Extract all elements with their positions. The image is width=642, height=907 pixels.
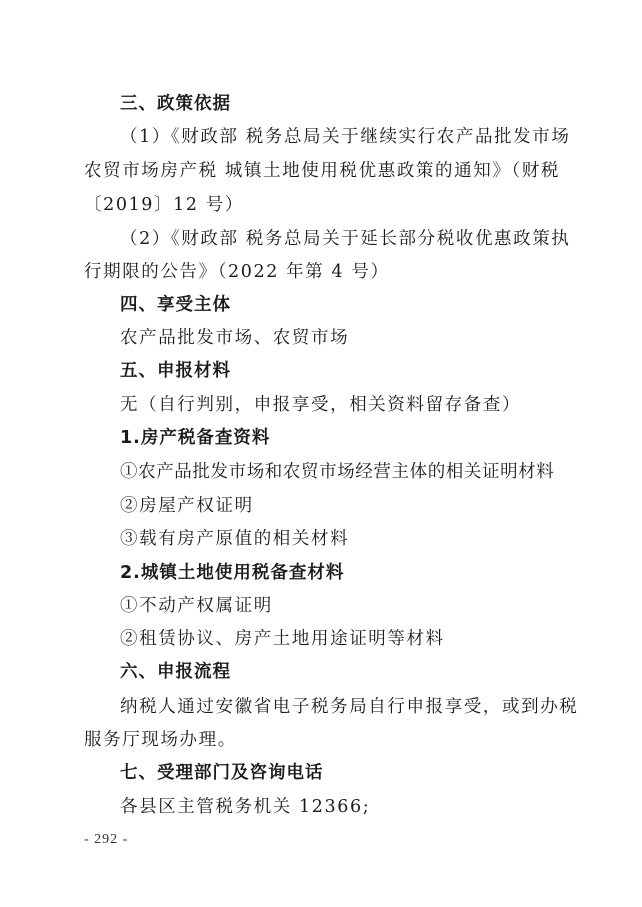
subheading-property-tax-materials: 1.房产税备查资料 — [120, 426, 560, 450]
section-heading-materials: 五、申报材料 — [120, 359, 560, 383]
land-tax-material-2: ②租赁协议、房产土地用途证明等材料 — [120, 627, 560, 651]
policy-item-1-line-3: 〔2019〕12 号） — [84, 193, 560, 217]
section-heading-process: 六、申报流程 — [120, 660, 560, 684]
process-line-1: 纳税人通过安徽省电子税务局自行申报享受，或到办税 — [120, 695, 558, 719]
subheading-land-tax-materials: 2.城镇土地使用税备查材料 — [120, 561, 560, 585]
policy-item-2-line-1: （2）《财政部 税务总局关于延长部分税收优惠政策执 — [120, 227, 558, 251]
section-heading-beneficiary: 四、享受主体 — [120, 293, 560, 317]
policy-item-1-line-1: （1）《财政部 税务总局关于继续实行农产品批发市场 — [120, 125, 558, 149]
process-line-2: 服务厅现场办理。 — [84, 728, 560, 752]
policy-item-2-line-2: 行期限的公告》（2022 年第 4 号） — [84, 260, 560, 284]
property-tax-material-1: ①农产品批发市场和农贸市场经营主体的相关证明材料 — [120, 460, 560, 484]
section-heading-policy-basis: 三、政策依据 — [120, 92, 560, 116]
section-heading-contact: 七、受理部门及咨询电话 — [120, 761, 560, 785]
contact-text: 各县区主管税务机关 12366; — [120, 795, 560, 819]
document-page: 三、政策依据 （1）《财政部 税务总局关于继续实行农产品批发市场 农贸市场房产税… — [0, 0, 642, 907]
page-number: - 292 - — [84, 832, 128, 848]
property-tax-material-2: ②房屋产权证明 — [120, 494, 560, 518]
materials-text: 无（自行判别，申报享受，相关资料留存备查） — [120, 393, 560, 417]
policy-item-1-line-2: 农贸市场房产税 城镇土地使用税优惠政策的通知》（财税 — [84, 159, 560, 183]
land-tax-material-1: ①不动产权属证明 — [120, 594, 560, 618]
beneficiary-text: 农产品批发市场、农贸市场 — [120, 326, 560, 350]
property-tax-material-3: ③载有房产原值的相关材料 — [120, 527, 560, 551]
